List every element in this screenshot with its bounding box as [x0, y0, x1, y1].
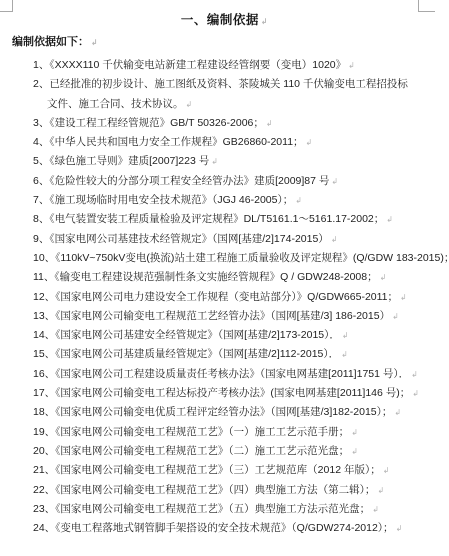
paragraph-mark-icon: ↲ — [386, 215, 393, 224]
paragraph-mark-icon: ↲ — [351, 447, 358, 456]
paragraph-mark-icon: ↲ — [348, 61, 355, 70]
list-item: 15、《国家电网公司基建质量经管规定》（国网[基建/2]112-2015）．↲ — [0, 345, 418, 364]
list-item: 22、《国家电网公司输变电工程规范工艺》（四）典型施工方法（第二辑）；↲ — [0, 481, 418, 500]
paragraph-mark-icon: ↲ — [351, 428, 358, 437]
item-text: 《中华人民共和国电力安全工作规程》GB26860-2011； — [49, 136, 303, 148]
list-item: 8、《电气装置安装工程质量检验及评定规程》DL/T5161.1～5161.17-… — [0, 210, 418, 229]
item-number: 24、 — [33, 522, 55, 534]
item-text: 《国家电网公司基建质量经管规定》（国网[基建/2]112-2015）． — [55, 348, 339, 360]
paragraph-mark-icon: ↲ — [383, 466, 390, 475]
list-item: 12、《国家电网公司电力建设安全工作规程（变电站部分）》Q/GDW665-201… — [0, 288, 418, 307]
item-number: 17、 — [33, 387, 55, 399]
reference-list: 1、《XXXX110 千伏输变电站新建工程建设经管纲要（变电）1020》↲2、已… — [0, 56, 418, 538]
crop-mark-top-right-vertical — [418, 0, 419, 11]
item-text: 《国家电网公司输变电优质工程评定经管办法》（国网[基建/3]182-2015）； — [55, 406, 392, 418]
item-number: 23、 — [33, 503, 55, 515]
item-text: 《国家电网公司电力建设安全工作规程（变电站部分）》Q/GDW665-2011； — [55, 291, 398, 303]
list-item: 3、《建设工程工程经管规范》GB/T 50326-2006；↲ — [0, 114, 418, 133]
item-text: 《XXXX110 千伏输变电站新建工程建设经管纲要（变电）1020》 — [49, 59, 346, 71]
item-text: 《国家电网公司输变电工程规范工艺经管办法》（国网[基建/3] 186-2015） — [55, 310, 390, 322]
crop-mark-top-left-vertical — [12, 0, 13, 11]
item-text: 《国家电网公司输变电工程达标投产考核办法》(国家电网基建[2011]146 号)… — [55, 387, 410, 399]
list-item: 11、《输变电工程建设规范强制性条文实施经管规程》Q / GDW248-2008… — [0, 268, 418, 287]
paragraph-mark-icon: ↲ — [411, 370, 418, 379]
list-item: 1、《XXXX110 千伏输变电站新建工程建设经管纲要（变电）1020》↲ — [0, 56, 418, 75]
item-number: 21、 — [33, 464, 55, 476]
paragraph-mark-icon: ↲ — [331, 235, 338, 244]
paragraph-mark-icon: ↲ — [392, 312, 399, 321]
item-number: 18、 — [33, 406, 55, 418]
item-text: 《国家电网公司基建安全经管规定》（国网[基建/2]173-2015）． — [55, 329, 340, 341]
paragraph-mark-icon: ↲ — [377, 486, 384, 495]
item-number: 4、 — [33, 136, 49, 148]
crop-mark-top-left-horizontal — [0, 11, 13, 12]
list-item: 16、《国家电网公司工程建设质量责任考核办法》（国家电网基建[2011]1751… — [0, 365, 418, 384]
item-number: 22、 — [33, 484, 55, 496]
list-item: 10、《110kV~750kV变电(换流)站土建工程施工质量验收及评定规程》(Q… — [0, 249, 418, 268]
paragraph-mark-icon: ↲ — [380, 273, 387, 282]
paragraph-mark-icon: ↲ — [186, 100, 193, 109]
paragraph-mark-icon: ↲ — [211, 157, 218, 166]
item-number: 16、 — [33, 368, 55, 380]
item-text: 已经批准的初步设计、施工图纸及资料、茶陵城关 110 千伏输变电工程招投标文件、… — [47, 78, 408, 109]
intro-line: 编制依据如下：↲ — [12, 35, 449, 50]
paragraph-mark-icon: ↲ — [394, 408, 401, 417]
item-number: 19、 — [33, 426, 55, 438]
item-number: 20、 — [33, 445, 55, 457]
item-text: 《国家电网公司输变电工程规范工艺》（五）典型施工方法示范光盘； — [55, 503, 370, 515]
item-text: 《国家电网公司输变电工程规范工艺》（三）工艺规范库（2012 年版）； — [55, 464, 381, 476]
item-number: 1、 — [33, 59, 49, 71]
item-number: 3、 — [33, 117, 49, 129]
item-text: 《电气装置安装工程质量检验及评定规程》DL/T5161.1～5161.17-20… — [49, 213, 384, 225]
item-text: 《110kV~750kV变电(换流)站土建工程施工质量验收及评定规程》(Q/GD… — [55, 252, 449, 264]
list-item: 7、《施工现场临时用电安全技术规范》（JGJ 46-2005）；↲ — [0, 191, 418, 210]
list-item: 13、《国家电网公司输变电工程规范工艺经管办法》（国网[基建/3] 186-20… — [0, 307, 418, 326]
item-text: 《国家电网公司输变电工程规范工艺》（一）施工工艺示范手册； — [55, 426, 349, 438]
list-item: 20、《国家电网公司输变电工程规范工艺》（二）施工工艺示范光盘；↲ — [0, 442, 418, 461]
list-item: 6、《危险性较大的分部分项工程安全经管办法》建质[2009]87 号↲ — [0, 172, 418, 191]
item-number: 10、 — [33, 252, 55, 264]
paragraph-mark-icon: ↲ — [91, 38, 98, 47]
item-number: 7、 — [33, 194, 49, 206]
item-text: 《国家电网公司基建技术经管规定》（国网[基建/2]174-2015） — [49, 233, 328, 245]
list-item: 17、《国家电网公司输变电工程达标投产考核办法》(国家电网基建[2011]146… — [0, 384, 418, 403]
item-text: 《绿色施工导则》建质[2007]223 号 — [49, 155, 209, 167]
item-number: 5、 — [33, 155, 49, 167]
item-number: 6、 — [33, 175, 49, 187]
list-item: 9、《国家电网公司基建技术经管规定》（国网[基建/2]174-2015）↲ — [0, 230, 418, 249]
item-number: 13、 — [33, 310, 55, 322]
item-number: 15、 — [33, 348, 55, 360]
item-text: 《国家电网公司输变电工程规范工艺》（四）典型施工方法（第二辑）； — [55, 484, 375, 496]
list-item: 5、《绿色施工导则》建质[2007]223 号↲ — [0, 152, 418, 171]
list-item: 21、《国家电网公司输变电工程规范工艺》（三）工艺规范库（2012 年版）；↲ — [0, 461, 418, 480]
item-text: 《国家电网公司输变电工程规范工艺》（二）施工工艺示范光盘； — [55, 445, 349, 457]
list-item: 24、《变电工程落地式钢管脚手架搭设的安全技术规范》（Q/GDW274-2012… — [0, 519, 418, 538]
item-number: 14、 — [33, 329, 55, 341]
item-text: 《变电工程落地式钢管脚手架搭设的安全技术规范》（Q/GDW274-2012）； — [55, 522, 393, 534]
item-text: 《施工现场临时用电安全技术规范》（JGJ 46-2005）； — [49, 194, 293, 206]
item-text: 《输变电工程建设规范强制性条文实施经管规程》Q / GDW248-2008； — [54, 271, 377, 283]
crop-mark-top-right-horizontal — [418, 11, 435, 12]
list-item: 23、《国家电网公司输变电工程规范工艺》（五）典型施工方法示范光盘；↲ — [0, 500, 418, 519]
list-item: 19、《国家电网公司输变电工程规范工艺》（一）施工工艺示范手册；↲ — [0, 423, 418, 442]
paragraph-mark-icon: ↲ — [295, 196, 302, 205]
page-title-text: 一、编制依据 — [181, 13, 259, 27]
document-page: 一、编制依据↲ 编制依据如下：↲ 1、《XXXX110 千伏输变电站新建工程建设… — [0, 0, 449, 556]
item-text: 《危险性较大的分部分项工程安全经管办法》建质[2009]87 号 — [49, 175, 329, 187]
item-number: 12、 — [33, 291, 55, 303]
paragraph-mark-icon: ↲ — [372, 505, 379, 514]
paragraph-mark-icon: ↲ — [341, 350, 348, 359]
list-item: 14、《国家电网公司基建安全经管规定》（国网[基建/2]173-2015）．↲ — [0, 326, 418, 345]
list-item: 2、已经批准的初步设计、施工图纸及资料、茶陵城关 110 千伏输变电工程招投标文… — [0, 75, 418, 114]
item-number: 9、 — [33, 233, 49, 245]
paragraph-mark-icon: ↲ — [396, 524, 403, 533]
intro-text: 编制依据如下： — [12, 36, 89, 48]
paragraph-mark-icon: ↲ — [412, 389, 419, 398]
item-text: 《国家电网公司工程建设质量责任考核办法》（国家电网基建[2011]1751 号）… — [55, 368, 409, 380]
paragraph-mark-icon: ↲ — [261, 17, 268, 26]
list-item: 18、《国家电网公司输变电优质工程评定经管办法》（国网[基建/3]182-201… — [0, 403, 418, 422]
paragraph-mark-icon: ↲ — [342, 331, 349, 340]
item-number: 2、 — [33, 78, 49, 90]
item-number: 11、 — [33, 271, 54, 283]
paragraph-mark-icon: ↲ — [331, 177, 338, 186]
paragraph-mark-icon: ↲ — [400, 293, 407, 302]
list-item: 4、《中华人民共和国电力安全工作规程》GB26860-2011；↲ — [0, 133, 418, 152]
item-number: 8、 — [33, 213, 49, 225]
paragraph-mark-icon: ↲ — [306, 138, 313, 147]
item-text: 《建设工程工程经管规范》GB/T 50326-2006； — [49, 117, 264, 129]
page-title: 一、编制依据↲ — [0, 13, 449, 29]
paragraph-mark-icon: ↲ — [266, 119, 273, 128]
